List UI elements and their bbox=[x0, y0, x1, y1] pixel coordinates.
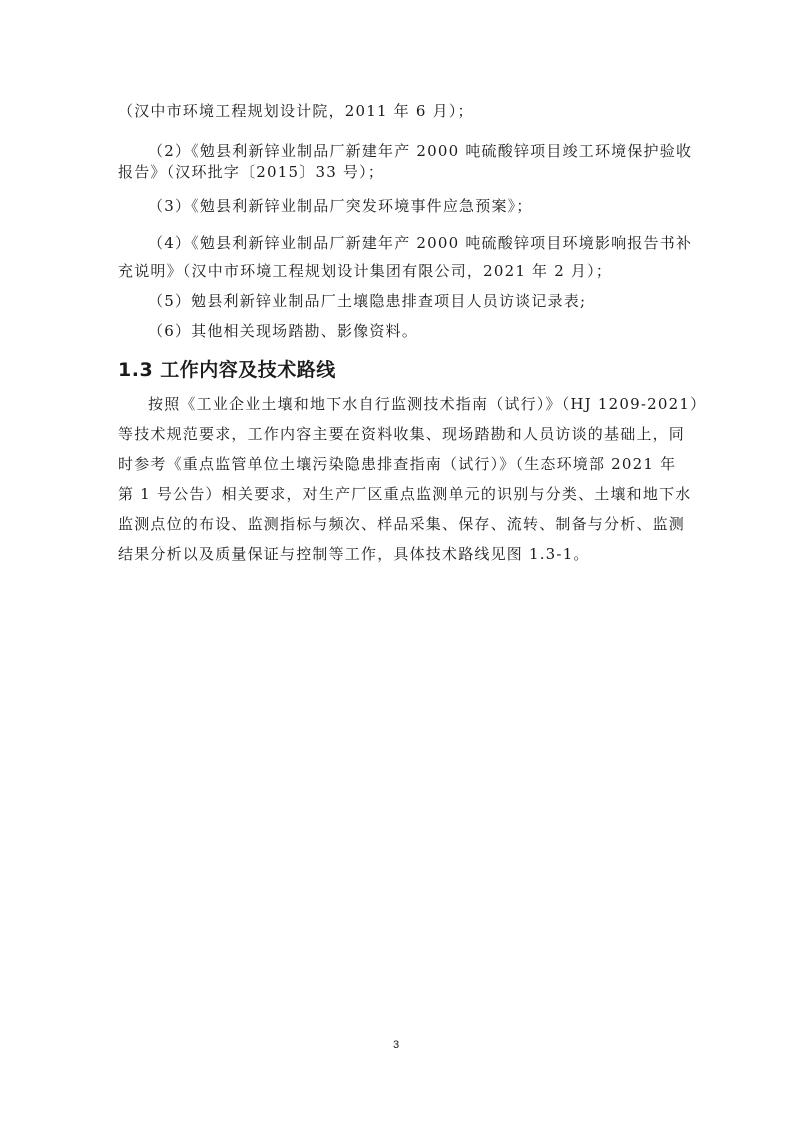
paragraph-line: 按照《工业企业土壤和地下水自行监测技术指南（试行）》（HJ 1209-2021） bbox=[148, 394, 706, 414]
reference-line: 报告》（汉环批字〔2015〕33 号）； bbox=[118, 162, 384, 182]
reference-item-5: （5）勉县利新锌业制品厂土壤隐患排查项目人员访谈记录表; bbox=[148, 291, 586, 311]
reference-item-6: （6）其他相关现场踏勘、影像资料。 bbox=[148, 321, 418, 341]
page-number: 3 bbox=[393, 1039, 399, 1051]
paragraph-line: 第 1 号公告）相关要求，对生产厂区重点监测单元的识别与分类、土壤和地下水 bbox=[118, 484, 691, 504]
reference-item-4: （4）《勉县利新锌业制品厂新建年产 2000 吨硫酸锌项目环境影响报告书补 bbox=[148, 233, 692, 253]
reference-line: （汉中市环境工程规划设计院，2011 年 6 月）； bbox=[118, 101, 474, 121]
paragraph-line: 监测点位的布设、监测指标与频次、样品采集、保存、流转、制备与分析、监测 bbox=[118, 514, 685, 534]
paragraph-line: 时参考《重点监管单位土壤污染隐患排查指南（试行）》（生态环境部 2021 年 bbox=[118, 454, 676, 474]
reference-line: 充说明》（汉中市环境工程规划设计集团有限公司，2021 年 2 月）； bbox=[118, 261, 612, 281]
section-heading: 1.3 工作内容及技术路线 bbox=[118, 355, 336, 382]
reference-item-3: （3）《勉县利新锌业制品厂突发环境事件应急预案》； bbox=[148, 196, 533, 216]
paragraph-line: 结果分析以及质量保证与控制等工作，具体技术路线见图 1.3-1。 bbox=[118, 544, 590, 564]
reference-item-2: （2）《勉县利新锌业制品厂新建年产 2000 吨硫酸锌项目竣工环境保护验收 bbox=[148, 141, 692, 161]
paragraph-line: 等技术规范要求，工作内容主要在资料收集、现场踏勘和人员访谈的基础上，同 bbox=[118, 424, 685, 444]
document-page: （汉中市环境工程规划设计院，2011 年 6 月）； （2）《勉县利新锌业制品厂… bbox=[0, 0, 793, 1122]
